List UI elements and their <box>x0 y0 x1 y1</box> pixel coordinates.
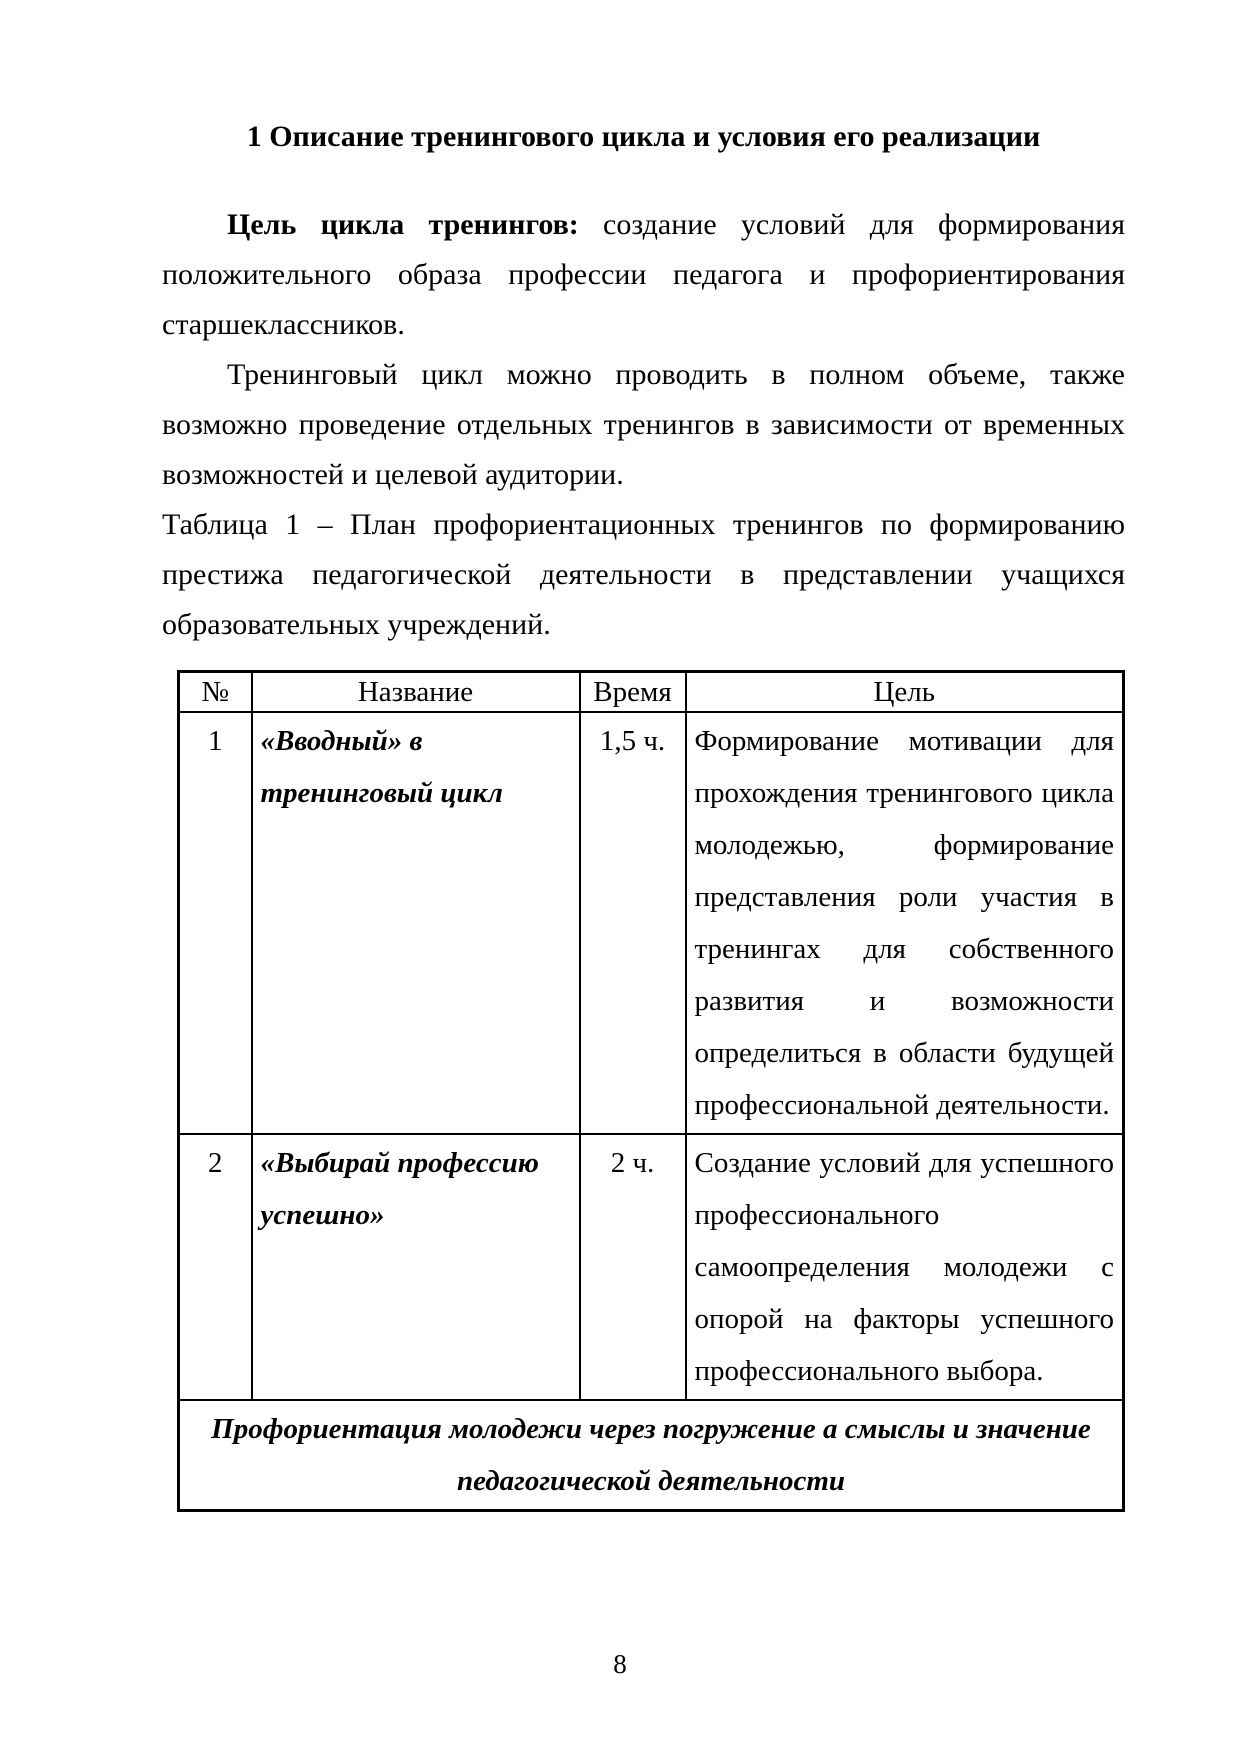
header-goal: Цель <box>686 672 1124 713</box>
row-2-number: 2 <box>179 1134 252 1400</box>
row-2-time: 2 ч. <box>580 1134 686 1400</box>
row-2-name: «Выбирай профессию успешно» <box>252 1134 580 1400</box>
table-caption: Таблица 1 – План профориентационных трен… <box>162 500 1125 650</box>
document-title: 1 Описание тренингового цикла и условия … <box>162 112 1125 162</box>
training-plan-table: № Название Время Цель 1 «Вводный» в трен… <box>177 670 1125 1512</box>
header-name: Название <box>252 672 580 713</box>
header-number: № <box>179 672 252 713</box>
row-1-goal: Формирование мотивации для прохождения т… <box>686 712 1124 1134</box>
paragraph-goal: Цель цикла тренингов: создание условий д… <box>162 200 1125 350</box>
table-header-row: № Название Время Цель <box>179 672 1124 713</box>
header-time: Время <box>580 672 686 713</box>
table-row: 1 «Вводный» в тренинговый цикл 1,5 ч. Фо… <box>179 712 1124 1134</box>
row-1-number: 1 <box>179 712 252 1134</box>
page-content: 1 Описание тренингового цикла и условия … <box>162 112 1125 1512</box>
row-1-name: «Вводный» в тренинговый цикл <box>252 712 580 1134</box>
row-1-time: 1,5 ч. <box>580 712 686 1134</box>
paragraph-cycle: Тренинговый цикл можно проводить в полно… <box>162 350 1125 500</box>
table-merged-row: Профориентация молодежи через погружение… <box>179 1400 1124 1511</box>
paragraph-goal-lead: Цель цикла тренингов: <box>227 208 579 241</box>
table-row: 2 «Выбирай профессию успешно» 2 ч. Созда… <box>179 1134 1124 1400</box>
row-2-goal: Создание условий для успешного профессио… <box>686 1134 1124 1400</box>
page-number: 8 <box>0 1648 1240 1680</box>
table-merged-text: Профориентация молодежи через погружение… <box>179 1400 1124 1511</box>
